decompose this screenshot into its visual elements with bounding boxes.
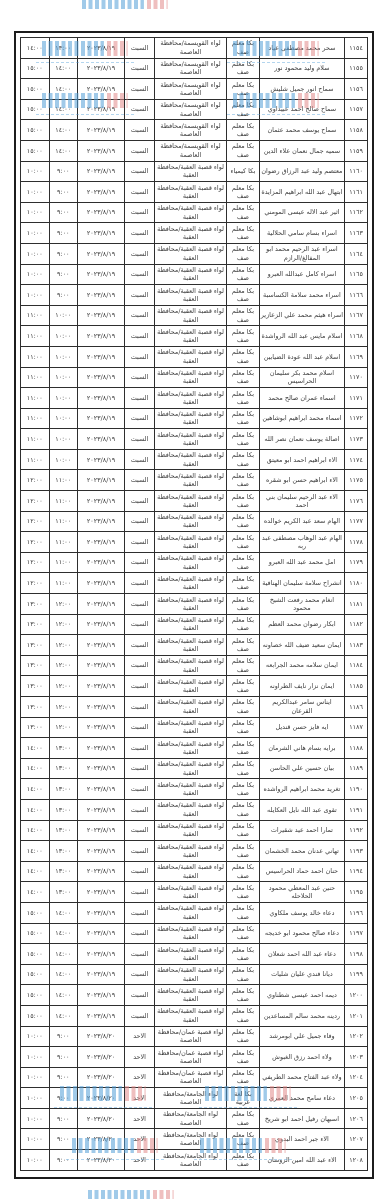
cell-day: السبت <box>125 429 155 450</box>
cell-qual: بكا معلم صف <box>227 367 260 388</box>
cell-qual: بكا معلم صف <box>227 902 260 923</box>
cell-from: ٩:٠٠ <box>49 243 77 264</box>
cell-dir: لواء قصبة عمان/محافظة العاصمة <box>154 1047 226 1068</box>
cell-no: ١١٦٦ <box>345 285 368 306</box>
cell-name: سلام وليد محمود نور <box>259 58 344 79</box>
cell-to: ١٣:٠٠ <box>21 697 50 718</box>
cell-qual: بكا معلم صف <box>227 923 260 944</box>
cell-no: ١٢٠٥ <box>345 1088 368 1109</box>
cell-qual: بكا معلم صف <box>227 799 260 820</box>
cell-to: ١٠:٠٠ <box>21 223 50 244</box>
cell-name: اسراء عبد الرحيم محمد ابو المفالغ/الرازم <box>259 243 344 264</box>
cell-name: سميه جمال نعمان علاء الدين <box>259 140 344 161</box>
cell-qual: بكا معلم صف <box>227 944 260 965</box>
cell-qual: بكا معلم صف <box>227 449 260 470</box>
cell-from: ٩:٠٠ <box>49 264 77 285</box>
table-row: ١١٨٦ايناس سامر عبدالكريم القرعانبكا معلم… <box>21 697 368 718</box>
cell-date: ٢٠٢٣/٨/١٩ <box>77 367 124 388</box>
cell-to: ١٠:٠٠ <box>21 1088 50 1109</box>
cell-from: ١٠:٠٠ <box>49 305 77 326</box>
cell-qual: بكا معلم صف <box>227 408 260 429</box>
cell-name: سحر محمد مصطفى عياد <box>259 38 344 59</box>
cell-name: اسبهان رفيل احمد ابو شريخ <box>259 1108 344 1129</box>
cell-date: ٢٠٢٣/٨/٢٠ <box>77 1026 124 1047</box>
cell-from: ١١:٠٠ <box>49 470 77 491</box>
cell-qual: بكا معلم صف <box>227 99 260 120</box>
cell-date: ٢٠٢٣/٨/٢٠ <box>77 1067 124 1088</box>
cell-name: بيان حسين علي الحاسن <box>259 758 344 779</box>
cell-day: السبت <box>125 120 155 141</box>
cell-qual: بكا معلم صف <box>227 264 260 285</box>
cell-day: السبت <box>125 326 155 347</box>
cell-from: ٩:٠٠ <box>49 1150 77 1171</box>
cell-to: ١٠:٠٠ <box>21 285 50 306</box>
cell-day: السبت <box>125 182 155 203</box>
cell-date: ٢٠٢٣/٨/١٩ <box>77 717 124 738</box>
cell-to: ١٤:٠٠ <box>21 758 50 779</box>
cell-qual: بكا معلم صف <box>227 841 260 862</box>
cell-no: ١١٧٠ <box>345 367 368 388</box>
cell-name: معتصم وليد عبد الرزاق رضوان <box>259 161 344 182</box>
cell-dir: لواء قصبة العقبة/محافظة العقبة <box>154 635 226 656</box>
cell-date: ٢٠٢٣/٨/١٩ <box>77 923 124 944</box>
table-row: ١١٩٢تمارا احمد عيد شقيراتبكا معلم صفلواء… <box>21 820 368 841</box>
cell-dir: لواء قصبة العقبة/محافظة العقبة <box>154 902 226 923</box>
cell-to: ١٢:٠٠ <box>21 511 50 532</box>
cell-name: اسماء محمد ابراهيم ابوشاهين <box>259 408 344 429</box>
cell-day: السبت <box>125 902 155 923</box>
cell-day: السبت <box>125 964 155 985</box>
table-row: ١١٦٤اسراء عبد الرحيم محمد ابو المفالغ/ال… <box>21 243 368 264</box>
cell-to: ١٢:٠٠ <box>21 470 50 491</box>
cell-name: اسلام مايس عبد الله الرواشدة <box>259 326 344 347</box>
cell-day: السبت <box>125 573 155 594</box>
cell-day: السبت <box>125 38 155 59</box>
cell-date: ٢٠٢٣/٨/١٩ <box>77 676 124 697</box>
cell-date: ٢٠٢٣/٨/١٩ <box>77 779 124 800</box>
cell-name: اثير عبد الاله عيسى المومني <box>259 202 344 223</box>
cell-dir: لواء قصبة العقبة/محافظة العقبة <box>154 202 226 223</box>
cell-no: ١١٩٨ <box>345 944 368 965</box>
cell-no: ١٢٠٦ <box>345 1108 368 1129</box>
cell-date: ٢٠٢٣/٨/١٩ <box>77 882 124 903</box>
cell-date: ٢٠٢٣/٨/١٩ <box>77 264 124 285</box>
cell-to: ١٠:٠٠ <box>21 161 50 182</box>
cell-no: ١١٥٩ <box>345 140 368 161</box>
cell-name: الاء عبد الرحيم سليمان بني احمد <box>259 491 344 512</box>
cell-dir: لواء القويسمة/محافظة العاصمة <box>154 99 226 120</box>
cell-no: ١١٧٧ <box>345 511 368 532</box>
cell-dir: لواء القويسمة/محافظة العاصمة <box>154 140 226 161</box>
cell-dir: لواء قصبة العقبة/محافظة العقبة <box>154 264 226 285</box>
cell-name: ولاء احمد رزق الغبوش <box>259 1047 344 1068</box>
cell-to: ١٥:٠٠ <box>21 1005 50 1026</box>
cell-no: ١٢٠٢ <box>345 1026 368 1047</box>
cell-from: ١١:٠٠ <box>49 532 77 553</box>
cell-dir: لواء قصبة العقبة/محافظة العقبة <box>154 861 226 882</box>
cell-name: ايمان سلامه محمد الجرابعه <box>259 655 344 676</box>
cell-qual: بكا معلم صف <box>227 79 260 100</box>
cell-no: ١١٨٨ <box>345 738 368 759</box>
cell-to: ١٣:٠٠ <box>21 594 50 615</box>
cell-dir: لواء قصبة عمان/محافظة العاصمة <box>154 1026 226 1047</box>
cell-to: ١٣:٠٠ <box>21 635 50 656</box>
cell-from: ١٢:٠٠ <box>49 697 77 718</box>
cell-from: ٩:٠٠ <box>49 202 77 223</box>
cell-date: ٢٠٢٣/٨/١٩ <box>77 182 124 203</box>
cell-no: ١١٩١ <box>345 799 368 820</box>
table-row: ١١٦١ابتهال عبد الله ابراهيم المزايدةبكا … <box>21 182 368 203</box>
table-row: ١١٨٨برايه بسام هاني الشرمانبكا معلم صفلو… <box>21 738 368 759</box>
cell-from: ١٤:٠٠ <box>49 58 77 79</box>
cell-dir: لواء قصبة العقبة/محافظة العقبة <box>154 985 226 1006</box>
table-row: ١١٥٨سماح يوسف محمد عثمانبكا معلم صفلواء … <box>21 120 368 141</box>
cell-from: ١٤:٠٠ <box>49 99 77 120</box>
cell-qual: بكا معلم صف <box>227 326 260 347</box>
cell-day: الاحد <box>125 1067 155 1088</box>
cell-day: السبت <box>125 223 155 244</box>
table-row: ١١٧٥الاء ابراهيم حسن ابو شقرهبكا معلم صف… <box>21 470 368 491</box>
cell-to: ١١:٠٠ <box>21 326 50 347</box>
table-outer-frame: ١١٥٤سحر محمد مصطفى عيادبكا معلم صفلواء ا… <box>14 31 374 1179</box>
table-row: ١١٥٧سماح صالح احمد عبيداويبكا معلم صفلوا… <box>21 99 368 120</box>
cell-name: حنين عبد المعطي محمود الحلاحله <box>259 882 344 903</box>
cell-dir: لواء قصبة العقبة/محافظة العقبة <box>154 944 226 965</box>
cell-qual: بكا معلم صف <box>227 758 260 779</box>
cell-dir: لواء قصبة العقبة/محافظة العقبة <box>154 964 226 985</box>
cell-from: ١٤:٠٠ <box>49 140 77 161</box>
cell-dir: لواء قصبة العقبة/محافظة العقبة <box>154 573 226 594</box>
cell-from: ٩:٠٠ <box>49 182 77 203</box>
cell-from: ١٠:٠٠ <box>49 326 77 347</box>
cell-dir: لواء قصبة العقبة/محافظة العقبة <box>154 285 226 306</box>
cell-dir: لواء قصبة العقبة/محافظة العقبة <box>154 429 226 450</box>
cell-from: ١٣:٠٠ <box>49 841 77 862</box>
cell-to: ١١:٠٠ <box>21 367 50 388</box>
table-row: ١١٧١اسماء عمران صالح محمدبكا معلم صفلواء… <box>21 388 368 409</box>
table-row: ١١٩٠تغريد محمد ابراهيم الرواشدهبكا معلم … <box>21 779 368 800</box>
cell-to: ١٠:٠٠ <box>21 202 50 223</box>
cell-date: ٢٠٢٣/٨/١٩ <box>77 820 124 841</box>
cell-name: انشراح سلامة سليمان الهنافية <box>259 573 344 594</box>
cell-date: ٢٠٢٣/٨/١٩ <box>77 573 124 594</box>
table-row: ١١٨٧ايه فايز حسن قنديلبكا معلم صفلواء قص… <box>21 717 368 738</box>
cell-no: ١١٦٤ <box>345 243 368 264</box>
table-row: ١١٧٢اسماء محمد ابراهيم ابوشاهينبكا معلم … <box>21 408 368 429</box>
table-row: ١١٩٧دعاء صالح محمود ابو خديجهبكا معلم صف… <box>21 923 368 944</box>
cell-dir: لواء قصبة العقبة/محافظة العقبة <box>154 182 226 203</box>
table-row: ١١٦٩اسلام عبد الله عودة الضيابينبكا معلم… <box>21 346 368 367</box>
table-row: ١١٧٧الهام سعد عبد الكريم خوالدهبكا معلم … <box>21 511 368 532</box>
cell-no: ١١٨٠ <box>345 573 368 594</box>
cell-day: السبت <box>125 470 155 491</box>
cell-no: ١١٨١ <box>345 594 368 615</box>
table-row: ١٢٠٥دعاء سامح محمد العمريبكا لغة عربيةلو… <box>21 1088 368 1109</box>
cell-date: ٢٠٢٣/٨/١٩ <box>77 985 124 1006</box>
site-watermark-icon <box>82 0 168 9</box>
cell-date: ٢٠٢٣/٨/١٩ <box>77 655 124 676</box>
cell-no: ١١٧٥ <box>345 470 368 491</box>
cell-day: السبت <box>125 99 155 120</box>
table-row: ١٢٠٣ولاء احمد رزق الغبوشبكا معلم صفلواء … <box>21 1047 368 1068</box>
cell-from: ١١:٠٠ <box>49 573 77 594</box>
cell-qual: بكا معلم صف <box>227 717 260 738</box>
cell-from: ١٢:٠٠ <box>49 676 77 697</box>
cell-dir: لواء قصبة العقبة/محافظة العقبة <box>154 738 226 759</box>
table-row: ١١٨٤ايمان سلامه محمد الجرابعهبكا معلم صف… <box>21 655 368 676</box>
cell-date: ٢٠٢٣/٨/١٩ <box>77 841 124 862</box>
cell-name: اسراء بسام سامي الحلالية <box>259 223 344 244</box>
cell-day: السبت <box>125 305 155 326</box>
cell-qual: بكا معلم صف <box>227 182 260 203</box>
table-row: ١٢٠٨الاء عبد الله امين الروسانبكا معلم ص… <box>21 1150 368 1171</box>
cell-no: ١١٧٢ <box>345 408 368 429</box>
cell-date: ٢٠٢٣/٨/١٩ <box>77 408 124 429</box>
table-row: ١١٨٩بيان حسين علي الحاسنبكا معلم صفلواء … <box>21 758 368 779</box>
cell-no: ١١٩٥ <box>345 882 368 903</box>
cell-from: ١٢:٠٠ <box>49 635 77 656</box>
cell-date: ٢٠٢٣/٨/١٩ <box>77 285 124 306</box>
cell-name: ابكار رضوان محمد العظم <box>259 614 344 635</box>
cell-from: ١٤:٠٠ <box>49 923 77 944</box>
cell-from: ١٣:٠٠ <box>49 738 77 759</box>
cell-name: اسراء هيثم محمد علي الزعازير <box>259 305 344 326</box>
cell-to: ١٥:٠٠ <box>21 79 50 100</box>
table-row: ١٢٠٢وفاء جميل علي ابومرشدبكا معلم صفلواء… <box>21 1026 368 1047</box>
cell-date: ٢٠٢٣/٨/١٩ <box>77 552 124 573</box>
cell-to: ١٥:٠٠ <box>21 985 50 1006</box>
table-row: ١١٨١انغام محمد رفعت الشيخ محمودبكا معلم … <box>21 594 368 615</box>
schedule-table: ١١٥٤سحر محمد مصطفى عيادبكا معلم صفلواء ا… <box>20 37 368 1171</box>
cell-day: السبت <box>125 697 155 718</box>
cell-dir: لواء قصبة العقبة/محافظة العقبة <box>154 758 226 779</box>
cell-qual: بكا كيمياء <box>227 161 260 182</box>
cell-name: حنان احمد حماد الحراسيس <box>259 861 344 882</box>
cell-name: الاء ابراهيم احمد ابو معيتق <box>259 449 344 470</box>
cell-no: ١١٦٥ <box>345 264 368 285</box>
cell-qual: بكا معلم صف <box>227 985 260 1006</box>
cell-from: ٩:٠٠ <box>49 1067 77 1088</box>
cell-to: ١٥:٠٠ <box>21 923 50 944</box>
cell-to: ١٠:٠٠ <box>21 1067 50 1088</box>
table-row: ١١٩٣تهاني عدنان محمد الخشمانبكا معلم صفل… <box>21 841 368 862</box>
cell-name: ديانا فندي عليان شليات <box>259 964 344 985</box>
cell-to: ١٠:٠٠ <box>21 264 50 285</box>
cell-date: ٢٠٢٣/٨/١٩ <box>77 944 124 965</box>
cell-date: ٢٠٢٣/٨/١٩ <box>77 326 124 347</box>
cell-dir: لواء قصبة العقبة/محافظة العقبة <box>154 491 226 512</box>
cell-date: ٢٠٢٣/٨/١٩ <box>77 449 124 470</box>
cell-from: ١٠:٠٠ <box>49 429 77 450</box>
cell-no: ١١٨٤ <box>345 655 368 676</box>
cell-name: ولاء عبد الفتاح محمد الطريفي <box>259 1067 344 1088</box>
cell-date: ٢٠٢٣/٨/١٩ <box>77 161 124 182</box>
cell-name: انغام محمد رفعت الشيخ محمود <box>259 594 344 615</box>
cell-to: ١١:٠٠ <box>21 346 50 367</box>
cell-name: اسلام عبد الله عودة الضيابين <box>259 346 344 367</box>
cell-to: ١٣:٠٠ <box>21 717 50 738</box>
cell-day: السبت <box>125 799 155 820</box>
cell-date: ٢٠٢٣/٨/٢٠ <box>77 1088 124 1109</box>
cell-date: ٢٠٢٣/٨/١٩ <box>77 120 124 141</box>
cell-name: تقوى عبد الله نايل العكايله <box>259 799 344 820</box>
cell-from: ١٠:٠٠ <box>49 408 77 429</box>
cell-no: ١١٨٥ <box>345 676 368 697</box>
cell-name: برايه بسام هاني الشرمان <box>259 738 344 759</box>
cell-no: ١١٦١ <box>345 182 368 203</box>
cell-day: السبت <box>125 552 155 573</box>
cell-name: اسلام محمد بكر سليمان الحراسيس <box>259 367 344 388</box>
cell-to: ١٣:٠٠ <box>21 614 50 635</box>
cell-qual: بكا معلم صف <box>227 1005 260 1026</box>
cell-no: ١١٧٩ <box>345 552 368 573</box>
cell-no: ١٢٠٤ <box>345 1067 368 1088</box>
cell-dir: لواء قصبة العقبة/محافظة العقبة <box>154 655 226 676</box>
cell-day: الاحد <box>125 1026 155 1047</box>
cell-date: ٢٠٢٣/٨/١٩ <box>77 1005 124 1026</box>
table-row: ١١٩٥حنين عبد المعطي محمود الحلاحلهبكا مع… <box>21 882 368 903</box>
cell-from: ٩:٠٠ <box>49 161 77 182</box>
cell-qual: بكا معلم صف <box>227 285 260 306</box>
cell-from: ١٤:٠٠ <box>49 985 77 1006</box>
cell-to: ١٠:٠٠ <box>21 1108 50 1129</box>
cell-no: ١١٨٧ <box>345 717 368 738</box>
cell-date: ٢٠٢٣/٨/١٩ <box>77 861 124 882</box>
table-row: ١١٦٣اسراء بسام سامي الحلاليةبكا معلم صفل… <box>21 223 368 244</box>
cell-qual: بكا معلم صف <box>227 594 260 615</box>
table-row: ١١٦٨اسلام مايس عبد الله الرواشدةبكا معلم… <box>21 326 368 347</box>
cell-no: ١١٧٨ <box>345 532 368 553</box>
cell-to: ١٤:٠٠ <box>21 738 50 759</box>
cell-to: ١٠:٠٠ <box>21 1047 50 1068</box>
cell-name: دعاء خالد يوسف ملكاوي <box>259 902 344 923</box>
cell-no: ١١٩٦ <box>345 902 368 923</box>
cell-qual: بكا معلم صف <box>227 470 260 491</box>
cell-name: الهام عبد الوهاب مصطفى عبد ربه <box>259 532 344 553</box>
cell-to: ١١:٠٠ <box>21 388 50 409</box>
cell-qual: بكا معلم صف <box>227 655 260 676</box>
cell-dir: لواء القويسمة/محافظة العاصمة <box>154 120 226 141</box>
cell-from: ١٣:٠٠ <box>49 758 77 779</box>
cell-qual: بكا معلم صف <box>227 964 260 985</box>
table-row: ١١٩٩ديانا فندي عليان شلياتبكا معلم صفلوا… <box>21 964 368 985</box>
cell-from: ١٠:٠٠ <box>49 449 77 470</box>
cell-date: ٢٠٢٣/٨/١٩ <box>77 223 124 244</box>
cell-date: ٢٠٢٣/٨/١٩ <box>77 964 124 985</box>
table-row: ١٢٠٧الاء جبر احمد البدويبكا معلم صفلواء … <box>21 1129 368 1150</box>
site-watermark-icon <box>88 1190 174 1199</box>
table-row: ١١٥٥سلام وليد محمود نوربكا معلم صفلواء ا… <box>21 58 368 79</box>
cell-dir: لواء قصبة العقبة/محافظة العقبة <box>154 820 226 841</box>
cell-date: ٢٠٢٣/٨/١٩ <box>77 58 124 79</box>
cell-from: ٩:٠٠ <box>49 223 77 244</box>
cell-from: ٩:٠٠ <box>49 285 77 306</box>
cell-dir: لواء الجامعة/محافظة العاصمة <box>154 1088 226 1109</box>
cell-no: ١١٨٦ <box>345 697 368 718</box>
cell-day: السبت <box>125 491 155 512</box>
table-row: ١١٧٦الاء عبد الرحيم سليمان بني احمدبكا م… <box>21 491 368 512</box>
cell-dir: لواء قصبة العقبة/محافظة العقبة <box>154 923 226 944</box>
cell-date: ٢٠٢٣/٨/١٩ <box>77 346 124 367</box>
cell-day: السبت <box>125 264 155 285</box>
table-row: ١١٥٤سحر محمد مصطفى عيادبكا معلم صفلواء ا… <box>21 38 368 59</box>
cell-date: ٢٠٢٣/٨/١٩ <box>77 388 124 409</box>
cell-from: ١٠:٠٠ <box>49 346 77 367</box>
cell-dir: لواء قصبة العقبة/محافظة العقبة <box>154 676 226 697</box>
cell-to: ١٢:٠٠ <box>21 552 50 573</box>
cell-qual: بكا معلم صف <box>227 697 260 718</box>
cell-no: ١١٧٣ <box>345 429 368 450</box>
cell-dir: لواء القويسمة/محافظة العاصمة <box>154 38 226 59</box>
cell-from: ١٤:٠٠ <box>49 964 77 985</box>
cell-qual: بكا معلم صف <box>227 614 260 635</box>
cell-to: ١٥:٠٠ <box>21 99 50 120</box>
cell-qual: بكا معلم صف <box>227 552 260 573</box>
table-row: ١١٨٥ايمان نزار نايف الطراونهبكا معلم صفل… <box>21 676 368 697</box>
cell-from: ٩:٠٠ <box>49 1088 77 1109</box>
cell-qual: بكا معلم صف <box>227 1150 260 1171</box>
cell-qual: بكا معلم صف <box>227 779 260 800</box>
cell-day: الاحد <box>125 1150 155 1171</box>
cell-to: ١٠:٠٠ <box>21 182 50 203</box>
cell-day: السبت <box>125 346 155 367</box>
cell-to: ١٣:٠٠ <box>21 676 50 697</box>
cell-day: السبت <box>125 388 155 409</box>
cell-date: ٢٠٢٣/٨/٢٠ <box>77 1150 124 1171</box>
cell-no: ١٢٠٠ <box>345 985 368 1006</box>
cell-date: ٢٠٢٣/٨/١٩ <box>77 38 124 59</box>
cell-dir: لواء قصبة العقبة/محافظة العقبة <box>154 717 226 738</box>
cell-from: ١٤:٠٠ <box>49 944 77 965</box>
cell-qual: بكا معلم صف <box>227 861 260 882</box>
cell-day: السبت <box>125 367 155 388</box>
cell-dir: لواء قصبة العقبة/محافظة العقبة <box>154 779 226 800</box>
cell-from: ١٣:٠٠ <box>49 861 77 882</box>
cell-dir: لواء قصبة العقبة/محافظة العقبة <box>154 161 226 182</box>
cell-from: ١٣:٠٠ <box>49 799 77 820</box>
cell-qual: بكا معلم صف <box>227 491 260 512</box>
cell-dir: لواء قصبة العقبة/محافظة العقبة <box>154 326 226 347</box>
cell-from: ١١:٠٠ <box>49 491 77 512</box>
cell-name: دعاء صالح محمود ابو خديجه <box>259 923 344 944</box>
cell-date: ٢٠٢٣/٨/١٩ <box>77 738 124 759</box>
cell-qual: بكا معلم صف <box>227 38 260 59</box>
table-row: ١٢٠١ردينه محمد سالم المساعدينبكا معلم صف… <box>21 1005 368 1026</box>
cell-to: ١٥:٠٠ <box>21 140 50 161</box>
cell-dir: لواء قصبة العقبة/محافظة العقبة <box>154 305 226 326</box>
cell-to: ١٣:٠٠ <box>21 655 50 676</box>
cell-from: ١٣:٠٠ <box>49 779 77 800</box>
cell-name: سماح صالح احمد عبيداوي <box>259 99 344 120</box>
cell-name: ايناس سامر عبدالكريم القرعان <box>259 697 344 718</box>
cell-from: ١٢:٠٠ <box>49 594 77 615</box>
cell-dir: لواء الجامعة/محافظة العاصمة <box>154 1129 226 1150</box>
cell-from: ١٣:٠٠ <box>49 820 77 841</box>
cell-dir: لواء قصبة العقبة/محافظة العقبة <box>154 882 226 903</box>
cell-no: ١١٩٠ <box>345 779 368 800</box>
cell-no: ١١٩٢ <box>345 820 368 841</box>
cell-to: ١٠:٠٠ <box>21 1150 50 1171</box>
cell-day: الاحد <box>125 1108 155 1129</box>
cell-from: ١١:٠٠ <box>49 552 77 573</box>
cell-day: السبت <box>125 635 155 656</box>
cell-from: ١٤:٠٠ <box>49 1005 77 1026</box>
cell-no: ١١٩٤ <box>345 861 368 882</box>
cell-name: تهاني عدنان محمد الخشمان <box>259 841 344 862</box>
cell-no: ١١٩٩ <box>345 964 368 985</box>
cell-no: ١١٩٧ <box>345 923 368 944</box>
cell-qual: بكا معلم صف <box>227 388 260 409</box>
